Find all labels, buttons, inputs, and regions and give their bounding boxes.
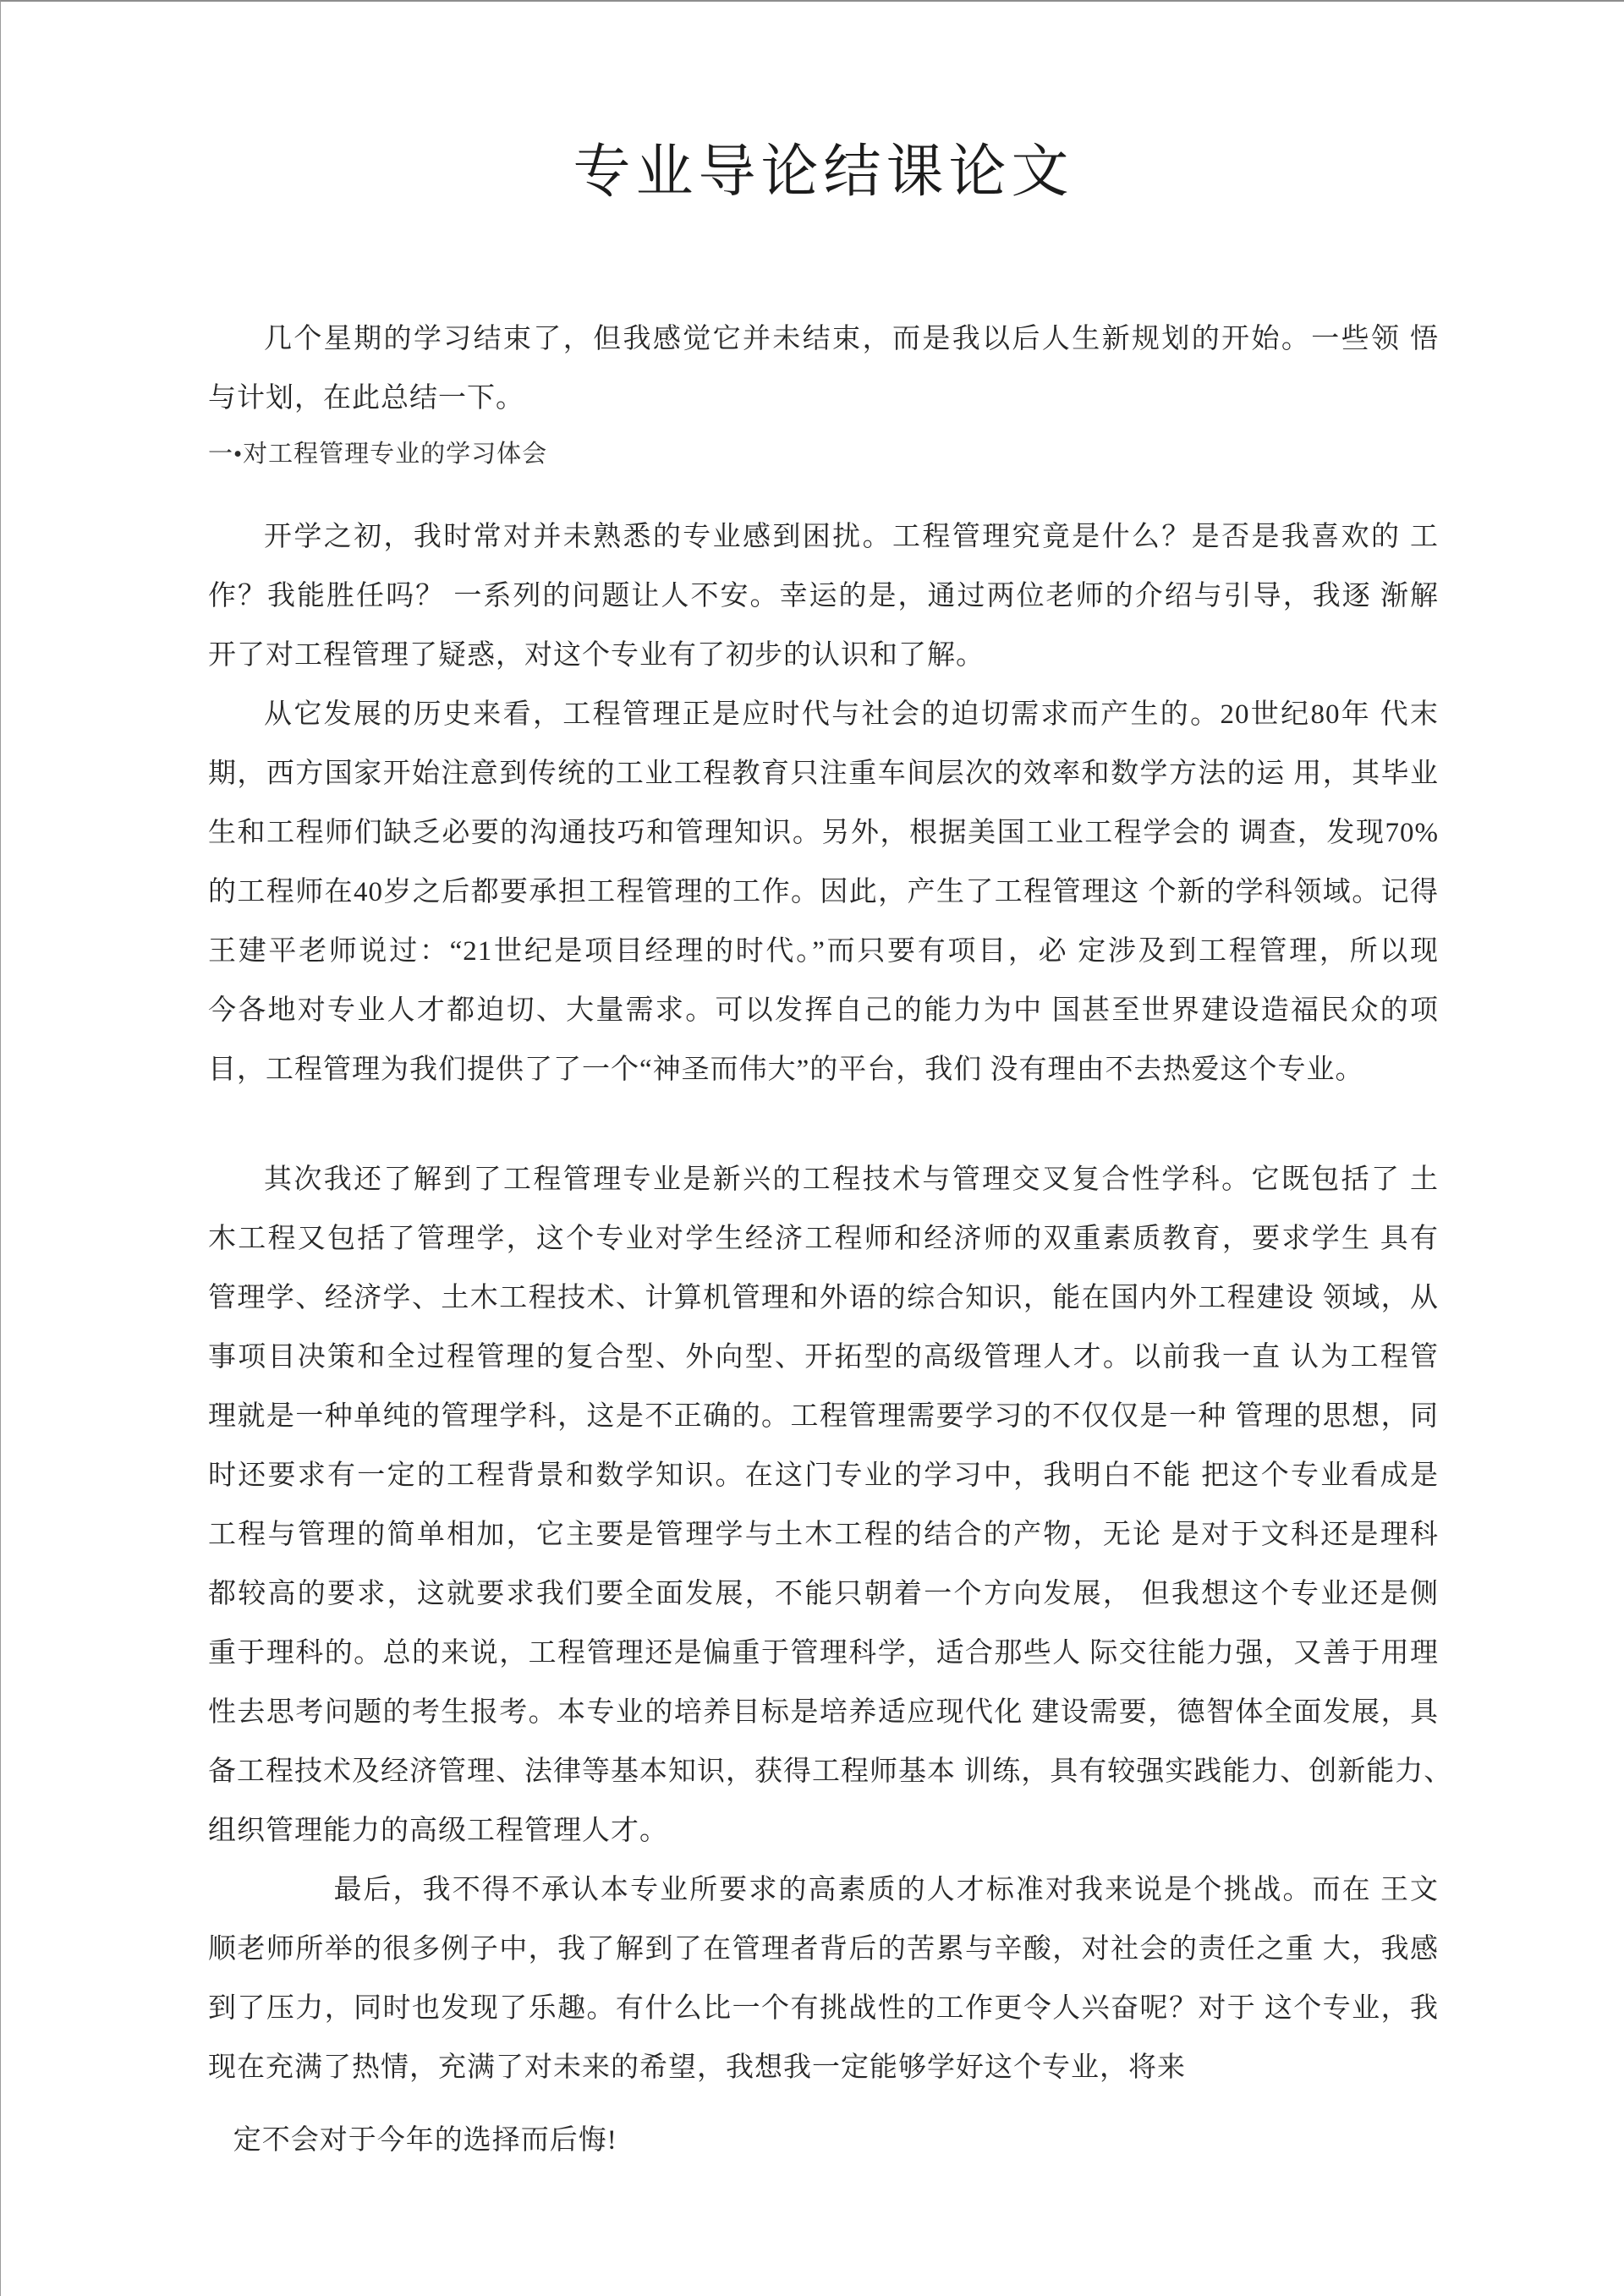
- paragraph-6-line-3: 到了压力，同时也发现了乐趣。有什么比一个有挑战性的工作更令人兴奋呢？对于 这个专…: [208, 1979, 1439, 2038]
- paragraph-4-line-7: 目，工程管理为我们提供了了一个“神圣而伟大”的平台，我们 没有理由不去热爱这个专…: [208, 1040, 1439, 1099]
- paragraph-1-line-2: 与计划，在此总结一下。: [208, 369, 1439, 428]
- section-heading: 一•对工程管理专业的学习体会: [208, 435, 1439, 474]
- paragraph-4-line-3: 生和工程师们缺乏必要的沟通技巧和管理知识。另外，根据美国工业工程学会的 调查，发…: [208, 803, 1439, 863]
- page-title: 专业导论结课论文: [208, 135, 1439, 208]
- paragraph-7: 定不会对于今年的选择而后悔!: [208, 2111, 1439, 2170]
- section-heading-line-1: 一•对工程管理专业的学习体会: [208, 435, 1439, 474]
- paragraph-5-line-6: 时还要求有一定的工程背景和数学知识。在这门专业的学习中，我明白不能 把这个专业看…: [208, 1446, 1439, 1505]
- paragraph-5-line-9: 重于理科的。总的来说，工程管理还是偏重于管理科学，适合那些人 际交往能力强，又善…: [208, 1624, 1439, 1683]
- paragraph-3: 开学之初，我时常对并未熟悉的专业感到困扰。工程管理究竟是什么？是否是我喜欢的 工…: [208, 507, 1439, 685]
- paragraph-1: 几个星期的学习结束了，但我感觉它并未结束，而是我以后人生新规划的开始。一些领 悟…: [208, 310, 1439, 428]
- paragraph-5-line-7: 工程与管理的简单相加，它主要是管理学与土木工程的结合的产物，无论 是对于文科还是…: [208, 1505, 1439, 1564]
- paragraph-4-line-1: 从它发展的历史来看，工程管理正是应时代与社会的迫切需求而产生的。20世纪80年 …: [208, 685, 1439, 744]
- document-page: 专业导论结课论文 几个星期的学习结束了，但我感觉它并未结束，而是我以后人生新规划…: [0, 0, 1624, 2296]
- paragraph-1-line-1: 几个星期的学习结束了，但我感觉它并未结束，而是我以后人生新规划的开始。一些领 悟: [208, 310, 1439, 369]
- paragraph-7-line-1: 定不会对于今年的选择而后悔!: [208, 2111, 1439, 2170]
- paragraph-4-line-2: 期，西方国家开始注意到传统的工业工程教育只注重车间层次的效率和数学方法的运 用，…: [208, 744, 1439, 803]
- paragraph-6-line-4: 现在充满了热情，充满了对未来的希望，我想我一定能够学好这个专业，将来: [208, 2038, 1439, 2097]
- paragraph-5-line-2: 木工程又包括了管理学，这个专业对学生经济工程师和经济师的双重素质教育，要求学生 …: [208, 1209, 1439, 1269]
- paragraph-5-line-5: 理就是一种单纯的管理学科，这是不正确的。工程管理需要学习的不仅仅是一种 管理的思…: [208, 1387, 1439, 1446]
- paragraph-5-line-12: 组织管理能力的高级工程管理人才。: [208, 1801, 1439, 1860]
- paragraph-4-line-6: 今各地对专业人才都迫切、大量需求。可以发挥自己的能力为中 国甚至世界建设造福民众…: [208, 981, 1439, 1040]
- document-body: 几个星期的学习结束了，但我感觉它并未结束，而是我以后人生新规划的开始。一些领 悟…: [208, 310, 1439, 2170]
- paragraph-5-line-10: 性去思考问题的考生报考。本专业的培养目标是培养适应现代化 建设需要，德智体全面发…: [208, 1683, 1439, 1742]
- paragraph-5-line-4: 事项目决策和全过程管理的复合型、外向型、开拓型的高级管理人才。以前我一直 认为工…: [208, 1328, 1439, 1387]
- paragraph-3-line-2: 作？我能胜任吗？ 一系列的问题让人不安。幸运的是，通过两位老师的介绍与引导，我逐…: [208, 567, 1439, 626]
- paragraph-5: 其次我还了解到了工程管理专业是新兴的工程技术与管理交叉复合性学科。它既包括了 土…: [208, 1150, 1439, 1860]
- paragraph-5-line-3: 管理学、经济学、土木工程技术、计算机管理和外语的综合知识，能在国内外工程建设 领…: [208, 1269, 1439, 1328]
- paragraph-5-line-1: 其次我还了解到了工程管理专业是新兴的工程技术与管理交叉复合性学科。它既包括了 土: [208, 1150, 1439, 1209]
- paragraph-3-line-1: 开学之初，我时常对并未熟悉的专业感到困扰。工程管理究竟是什么？是否是我喜欢的 工: [208, 507, 1439, 567]
- paragraph-4-line-4: 的工程师在40岁之后都要承担工程管理的工作。因此，产生了工程管理这 个新的学科领…: [208, 863, 1439, 922]
- paragraph-3-line-3: 开了对工程管理了疑惑，对这个专业有了初步的认识和了解。: [208, 626, 1439, 685]
- paragraph-4: 从它发展的历史来看，工程管理正是应时代与社会的迫切需求而产生的。20世纪80年 …: [208, 685, 1439, 1099]
- document-content: 专业导论结课论文 几个星期的学习结束了，但我感觉它并未结束，而是我以后人生新规划…: [208, 135, 1439, 2170]
- paragraph-6-line-2: 顺老师所举的很多例子中，我了解到了在管理者背后的苦累与辛酸，对社会的责任之重 大…: [208, 1920, 1439, 1979]
- paragraph-5-line-11: 备工程技术及经济管理、法律等基本知识，获得工程师基本 训练，具有较强实践能力、创…: [208, 1742, 1439, 1801]
- paragraph-4-line-5: 王建平老师说过：“21世纪是项目经理的时代。”而只要有项目，必 定涉及到工程管理…: [208, 922, 1439, 981]
- paragraph-5-line-8: 都较高的要求，这就要求我们要全面发展，不能只朝着一个方向发展， 但我想这个专业还…: [208, 1564, 1439, 1624]
- paragraph-6-line-1: 最后，我不得不承认本专业所要求的高素质的人才标准对我来说是个挑战。而在 王文: [208, 1860, 1439, 1920]
- paragraph-6: 最后，我不得不承认本专业所要求的高素质的人才标准对我来说是个挑战。而在 王文顺老…: [208, 1860, 1439, 2097]
